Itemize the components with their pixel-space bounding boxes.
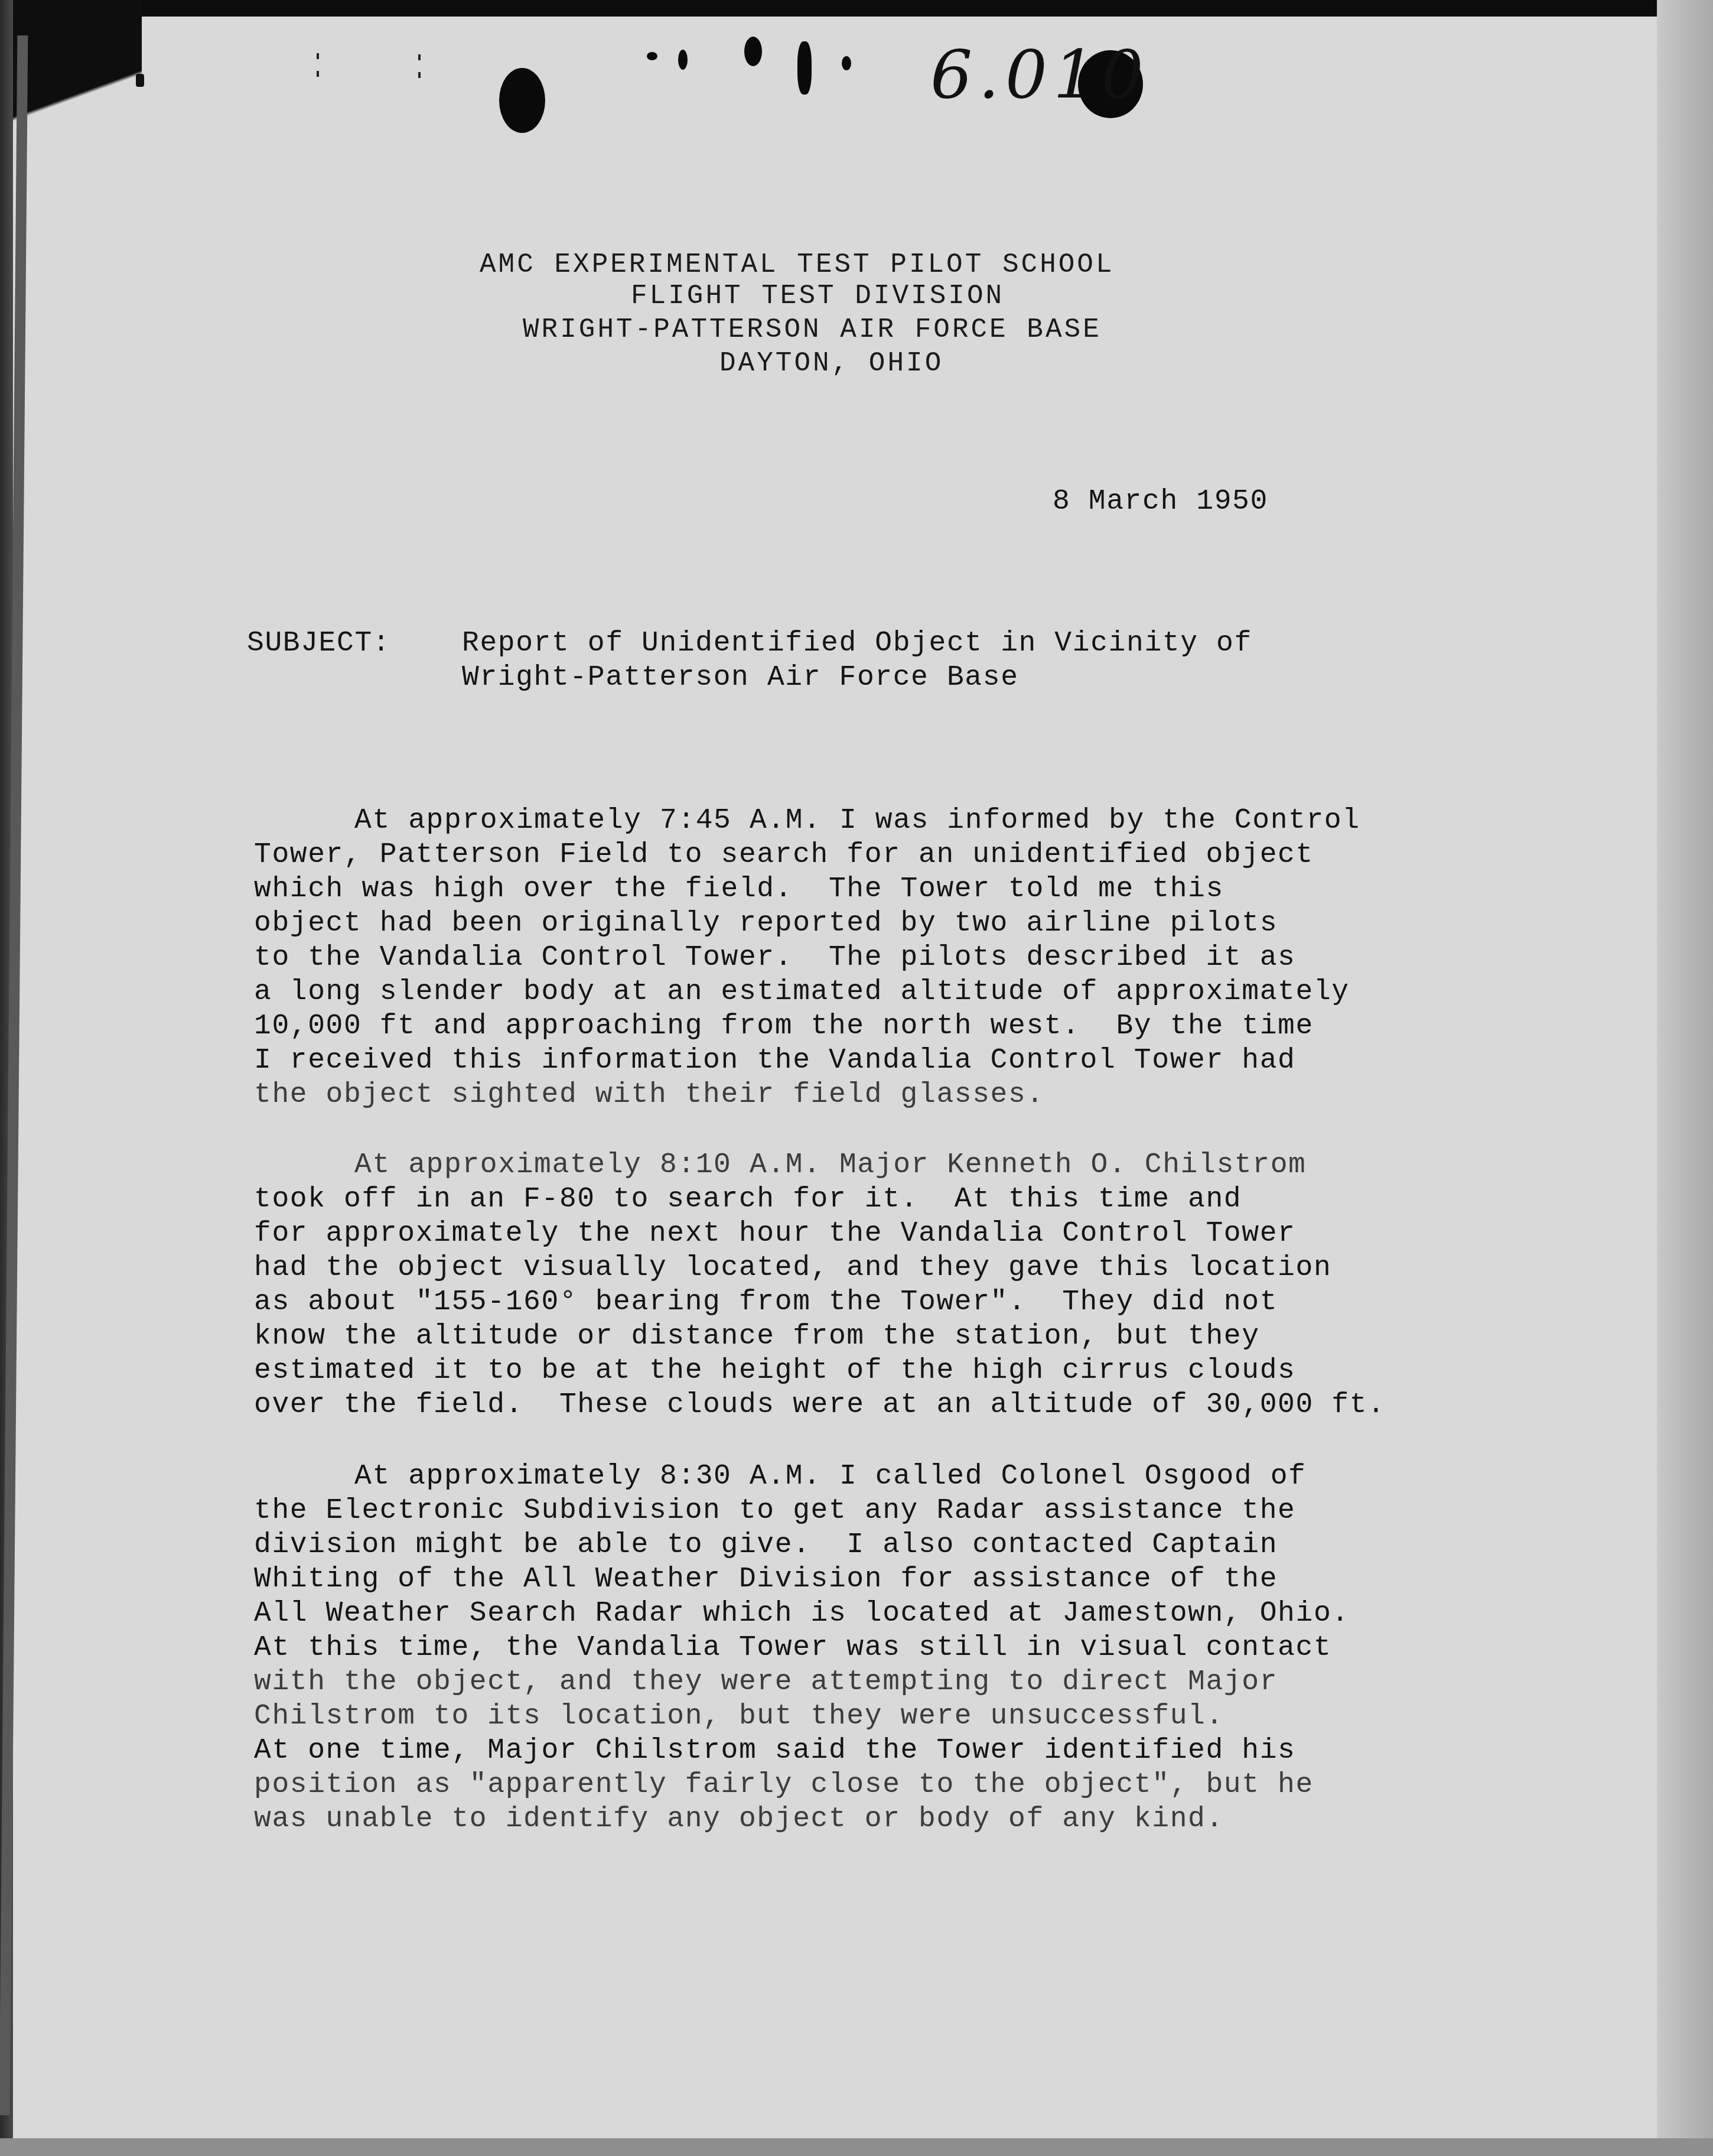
paragraph-1-line: to the Vandalia Control Tower. The pilot… [254,944,1295,972]
ink-blot-left [499,68,545,133]
paragraph-2-line: for approximately the next hour the Vand… [254,1220,1295,1248]
paragraph-2-line: know the altitude or distance from the s… [254,1322,1260,1351]
paragraph-3-line: was unable to identify any object or bod… [254,1805,1224,1833]
paragraph-2-line: estimated it to be at the height of the … [254,1357,1295,1385]
scanned-page: 6.010 AMC EXPERIMENTAL TEST PILOT SCHOOL… [0,0,1713,2156]
letterhead-line-2: FLIGHT TEST DIVISION [631,282,1004,310]
paragraph-3-line: All Weather Search Radar which is locate… [254,1599,1350,1628]
scan-right-border [1657,0,1713,2156]
paragraph-3-line: At one time, Major Chilstrom said the To… [254,1736,1295,1765]
paragraph-1-line: a long slender body at an estimated alti… [254,978,1350,1006]
dot-mark [317,53,319,59]
paragraph-2-line: over the field. These clouds were at an … [254,1391,1386,1419]
subject-line-2: Wright-Patterson Air Force Base [462,664,1019,692]
paragraph-3-line: Whiting of the All Weather Division for … [254,1565,1278,1594]
paragraph-3-line: division might be able to give. I also c… [254,1531,1278,1559]
paragraph-1-line: Tower, Patterson Field to search for an … [254,841,1314,869]
letterhead-line-1: AMC EXPERIMENTAL TEST PILOT SCHOOL [480,251,1115,278]
letterhead-line-3: WRIGHT-PATTERSON AIR FORCE BASE [523,316,1102,343]
paragraph-3-line: with the object, and they were attemptin… [254,1668,1278,1696]
dot-mark [418,54,421,60]
paragraph-3-line: the Electronic Subdivision to get any Ra… [254,1497,1295,1525]
paragraph-3-line: position as "apparently fairly close to … [254,1771,1314,1799]
paragraph-1-line: the object sighted with their field glas… [254,1081,1044,1109]
scan-bottom-border [0,2138,1713,2156]
document-date: 8 March 1950 [1053,487,1268,516]
scan-top-border [0,0,1672,17]
ink-smudge-4 [797,41,812,95]
paragraph-1-line: object had been originally reported by t… [254,909,1278,938]
paragraph-2-line: had the object visually located, and the… [254,1254,1331,1282]
subject-label: SUBJECT: [247,629,390,658]
ink-smudge-1 [647,52,657,60]
letterhead-line-4: DAYTON, OHIO [719,350,943,377]
dot-mark [136,74,144,87]
subject-line-1: Report of Unidentified Object in Vicinit… [462,629,1252,658]
ink-smudge-3 [744,37,762,66]
paragraph-1-line: which was high over the field. The Tower… [254,875,1224,903]
ink-smudge-2 [678,50,688,70]
paragraph-1-line: 10,000 ft and approaching from the north… [254,1012,1314,1040]
handwritten-file-number: 6.010 [930,37,1149,113]
paragraph-3-line: At this time, the Vandalia Tower was sti… [254,1634,1331,1662]
paragraph-3-line: Chilstrom to its location, but they were… [254,1702,1224,1731]
paragraph-2-line: as about "155-160° bearing from the Towe… [254,1288,1278,1316]
dot-mark [317,71,319,77]
paragraph-1-line: I received this information the Vandalia… [254,1046,1295,1075]
paragraph-2-line: At approximately 8:10 A.M. Major Kenneth… [354,1151,1306,1179]
paragraph-1-line: At approximately 7:45 A.M. I was informe… [354,807,1360,835]
dot-mark [418,72,421,78]
paragraph-3-line: At approximately 8:30 A.M. I called Colo… [354,1462,1306,1491]
paragraph-2-line: took off in an F-80 to search for it. At… [254,1185,1242,1214]
ink-smudge-5 [842,56,851,70]
